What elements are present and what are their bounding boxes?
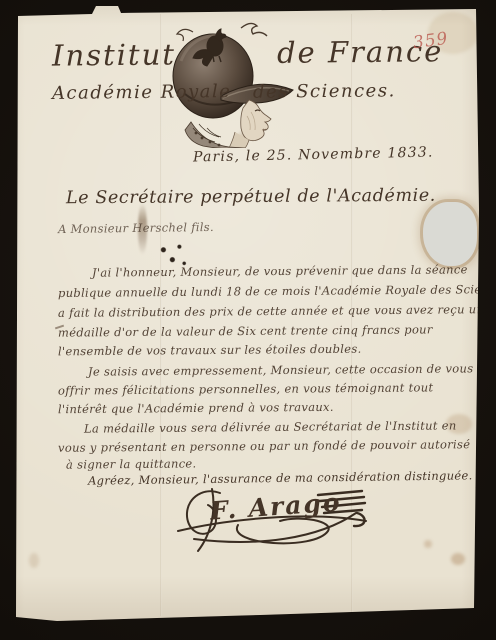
body-line: médaille d'or de la valeur de Six cent t… xyxy=(58,322,433,339)
body-line: l'intérêt que l'Académie prend à vos tra… xyxy=(58,400,334,416)
header-des-sciences: des Sciences. xyxy=(253,80,396,102)
foxing-stain xyxy=(424,540,432,548)
header-academie-royale: Académie Royale xyxy=(52,81,232,104)
body-line: a fait la distribution des prix de cette… xyxy=(58,302,491,320)
paper-repair-patch xyxy=(423,202,477,266)
body-line: Je saisis avec empressement, Monsieur, c… xyxy=(88,361,474,378)
body-line: J'ai l'honneur, Monsieur, de vous préven… xyxy=(92,262,468,279)
body-line: offrir mes félicitations personnelles, e… xyxy=(58,380,433,397)
header-institut: Institut xyxy=(52,37,176,72)
body-line: vous y présentant en personne ou par un … xyxy=(58,437,470,455)
body-line: publique annuelle du lundi 18 de ce mois… xyxy=(58,282,496,300)
body-line: La médaille vous sera délivrée au Secrét… xyxy=(84,418,457,435)
foxing-stain xyxy=(451,553,465,565)
letter-paper: Institut de France 359 Académie Royale d… xyxy=(0,0,496,640)
body-line: à signer la quittance. xyxy=(66,456,197,471)
sender-title: Le Secrétaire perpétuel de l'Académie. xyxy=(66,186,436,209)
addressee-line: A Monsieur Herschel fils. xyxy=(58,220,214,236)
photographed-letter-scene: Institut de France 359 Académie Royale d… xyxy=(0,0,496,640)
body-line: l'ensemble de vos travaux sur les étoile… xyxy=(58,342,362,359)
foxing-stain xyxy=(29,553,39,568)
